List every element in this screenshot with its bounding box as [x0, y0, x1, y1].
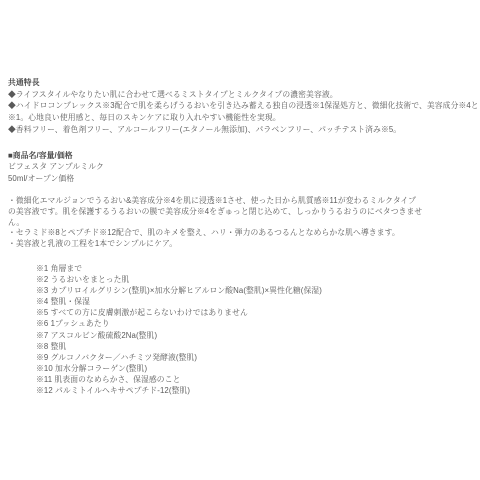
footnote-9: ※9 グルコノバクター／ハチミツ発酵液(整肌) [36, 352, 478, 363]
description-line: ・セラミド※8とペプチド※12配合で、肌のキメを整え、ハリ・弾力のあるつるんとな… [8, 228, 478, 239]
footnote-7: ※7 アスコルビン酸硫酸2Na(整肌) [36, 330, 478, 341]
feature-line: ◆ライフスタイルやなりたい肌に合わせて選べるミストタイプとミルクタイプの濃密美容… [8, 89, 478, 101]
description-line: ん。 [8, 218, 478, 229]
footnote-12: ※12 パルミトイルヘキサペプチド-12(整肌) [36, 385, 478, 396]
product-info-section: ■商品名/容量/価格 ビフェスタ アンプルミルク 50ml/オープン価格 [8, 150, 478, 185]
footnote-3: ※3 カプリロイルグリシン(整肌)×加水分解ヒアルロン酸Na(整肌)×異性化糖(… [36, 285, 478, 296]
product-description-page: 共通特長 ◆ライフスタイルやなりたい肌に合わせて選べるミストタイプとミルクタイプ… [0, 0, 480, 480]
footnote-8: ※8 整肌 [36, 341, 478, 352]
description-line: の美容液です。肌を保護するうるおいの膜で美容成分※4をぎゅっと閉じ込めて、しっか… [8, 207, 478, 218]
description-section: ・微細化エマルジョンでうるおい&美容成分※4を肌に浸透※1させ、使った日から肌質… [8, 196, 478, 250]
footnote-4: ※4 整肌・保湿 [36, 296, 478, 307]
feature-line: ◆香料フリー、着色剤フリー、アルコールフリー(エタノール無添加)、パラベンフリー… [8, 124, 478, 136]
features-section: 共通特長 ◆ライフスタイルやなりたい肌に合わせて選べるミストタイプとミルクタイプ… [8, 77, 478, 136]
footnote-1: ※1 角層まで [36, 263, 478, 274]
feature-line: ※1。心地良い使用感と、毎日のスキンケアに取り入れやすい機能性を実現。 [8, 112, 478, 124]
footnote-2: ※2 うるおいをまとった肌 [36, 274, 478, 285]
features-heading: 共通特長 [8, 77, 478, 89]
footnote-6: ※6 1プッシュあたり [36, 318, 478, 329]
footnote-5: ※5 すべての方に皮膚刺激が起こらないわけではありません [36, 307, 478, 318]
description-line: ・微細化エマルジョンでうるおい&美容成分※4を肌に浸透※1させ、使った日から肌質… [8, 196, 478, 207]
footnotes-section: ※1 角層まで ※2 うるおいをまとった肌 ※3 カプリロイルグリシン(整肌)×… [36, 263, 478, 396]
footnote-10: ※10 加水分解コラーゲン(整肌) [36, 363, 478, 374]
description-line: ・美容液と乳液の工程を1本でシンプルにケア。 [8, 239, 478, 250]
product-info-heading: ■商品名/容量/価格 [8, 150, 478, 162]
product-description-content: 共通特長 ◆ライフスタイルやなりたい肌に合わせて選べるミストタイプとミルクタイプ… [8, 77, 478, 396]
feature-line: ◆ハイドロコンプレックス※3配合で肌を柔らげうるおいを引き込み蓄える独自の浸透※… [8, 100, 478, 112]
product-name: ビフェスタ アンプルミルク [8, 161, 478, 173]
product-volume-price: 50ml/オープン価格 [8, 173, 478, 185]
footnote-11: ※11 肌表面のなめらかさ、保湿感のこと [36, 374, 478, 385]
